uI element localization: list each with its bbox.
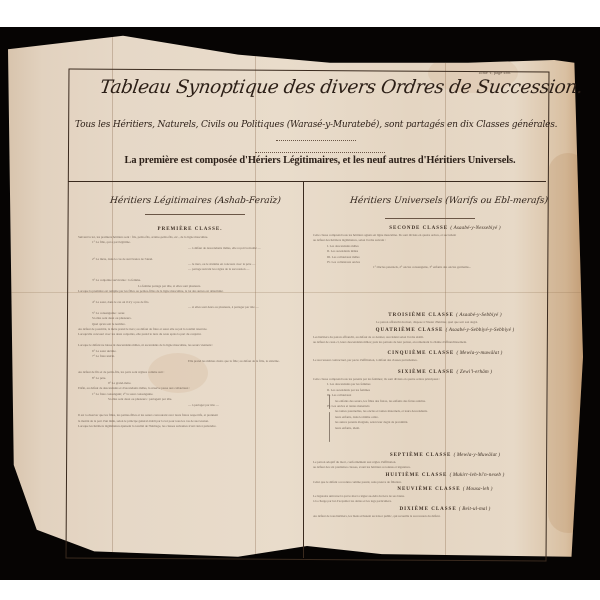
class-heading: NEUVIÈME CLASSE ( Mousa-leh ) [360, 487, 530, 492]
class-6-body: Cette classe comprend tous les parents p… [313, 377, 541, 447]
volume-note: Tome V, page 488. [478, 70, 511, 75]
class-3-body: Le patron affranchi du mort, dispose à l… [313, 320, 541, 327]
page-title: Tableau Synoptique des divers Ordres de … [99, 77, 522, 98]
class-2-body: Cette classe comprend tous les héritiers… [313, 233, 541, 273]
class-heading: CINQUIÈME CLASSE ( Mewla-y-muwâlat ) [360, 351, 530, 356]
class-heading: SEPTIÈME CLASSE ( Mewla-y-Muwâlat ) [360, 453, 530, 458]
left-column-body: Suivant la loi, les premiers héritiers s… [78, 235, 298, 550]
left-column-heading: Héritiers Légitimaires (Ashab-Feraïz) [109, 196, 281, 206]
entry-text: Au défaut de tous héritiers, les biens é… [313, 514, 541, 519]
class-4-body: Les héritiers du patron affranchi, au dé… [313, 335, 541, 349]
class-10-body: Au défaut de tous héritiers, les biens é… [313, 514, 541, 521]
class-5-body: Le successeur contractuel, par pacte d'a… [313, 358, 541, 370]
class-heading: TROISIÈME CLASSE ( Asaabé-y-Sebbiyé ) [360, 313, 530, 318]
column-top-rule [68, 181, 546, 182]
class-heading: SECONDE CLASSE ( Asaabé-y-Nessebiyé ) [360, 226, 530, 231]
lead-sentence: La première est composée d'Hériers Légit… [95, 155, 545, 166]
decorative-rule [276, 140, 356, 143]
class-8-body: Celui que le défunt a reconnu comme pare… [313, 480, 541, 487]
class-7-body: Le patron adoptif du mort, conformément … [313, 460, 541, 472]
page-subtitle: Tous les Héritiers, Naturels, Civils ou … [75, 120, 540, 130]
class-9-body: Le légataire universel à qui le mort a l… [313, 494, 541, 506]
class-heading: HUITIÈME CLASSE ( Mukirr-leh-bi'n-neseb … [360, 473, 530, 478]
column-divider [303, 182, 304, 558]
class-heading: SIXIÈME CLASSE ( Zewi'l-erhâm ) [360, 370, 530, 375]
class-heading: PREMIÈRE CLASSE. [120, 227, 260, 232]
entry-text: Celui que le défunt a reconnu comme pare… [313, 480, 541, 485]
entry-text: Le successeur contractuel, par pacte d'a… [313, 358, 541, 363]
entry-text: Le patron affranchi du mort, dispose à l… [313, 320, 541, 325]
heading-rule [385, 218, 475, 219]
class-heading: DIXIÈME CLASSE ( Beit-ul-mal ) [360, 507, 530, 512]
heading-rule [145, 214, 245, 215]
right-column-heading: Héritiers Universels (Warifs ou Ebl-mera… [349, 196, 548, 206]
class-heading: QUATRIÈME CLASSE ( Asaabé-y-Sebbiyé-y-Se… [350, 328, 540, 333]
